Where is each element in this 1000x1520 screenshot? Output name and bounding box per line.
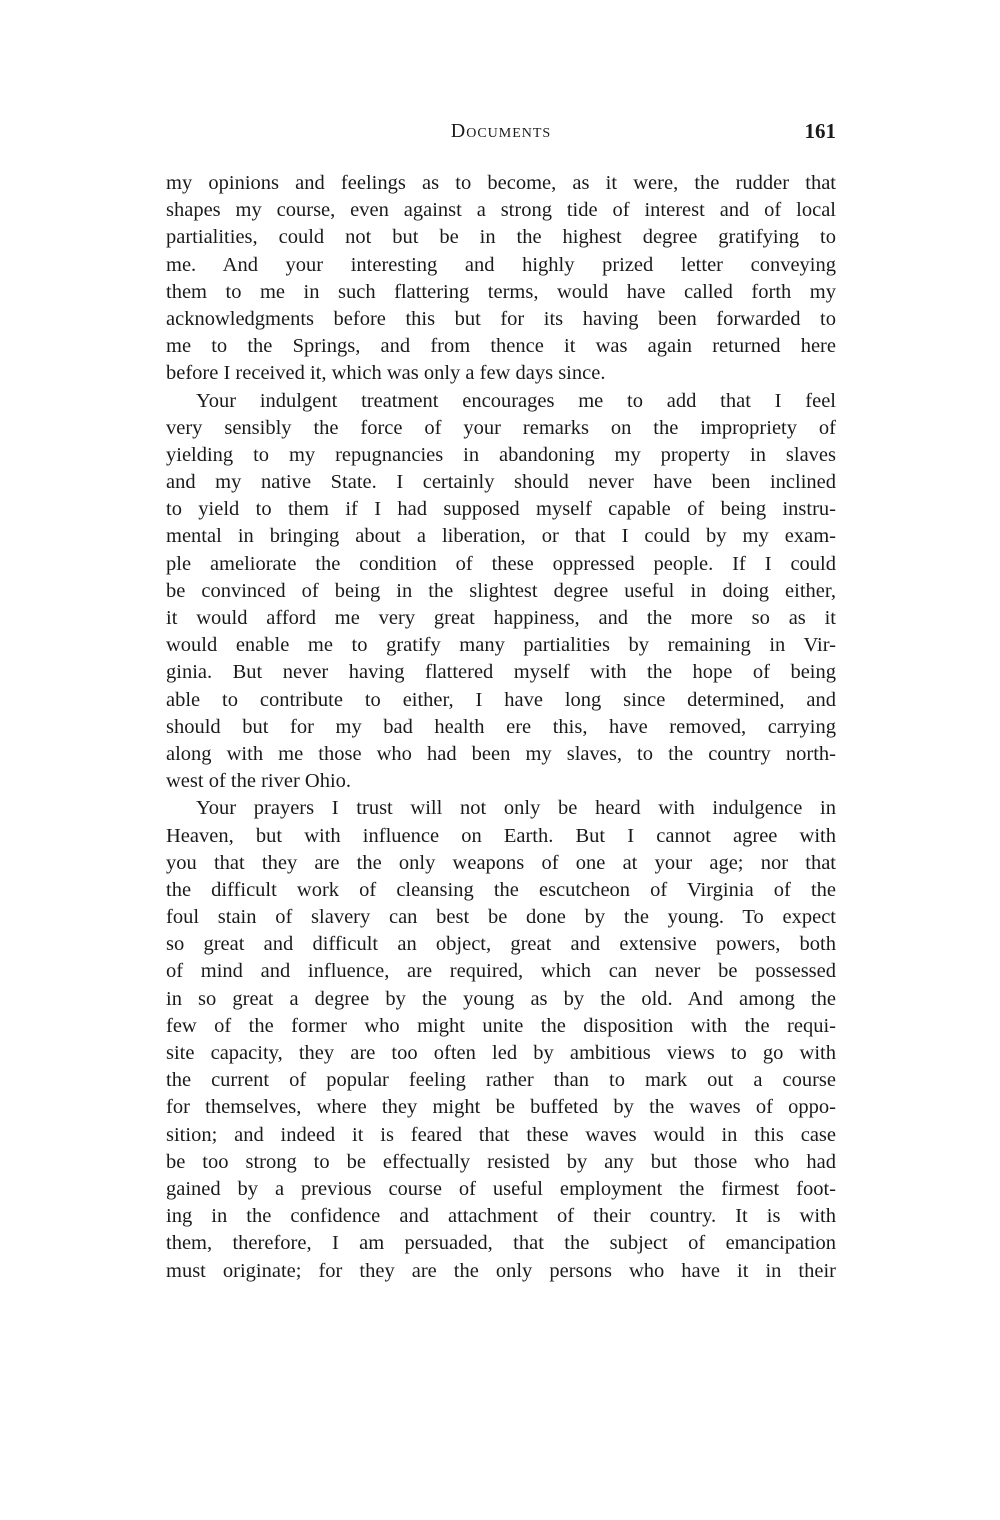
- text-line: for themselves, where they might be buff…: [166, 1094, 836, 1121]
- text-line: me to the Springs, and from thence it wa…: [166, 333, 836, 360]
- text-line: partialities, could not but be in the hi…: [166, 224, 836, 251]
- text-line: shapes my course, even against a strong …: [166, 197, 836, 224]
- text-line: west of the river Ohio.: [166, 768, 836, 795]
- text-line: sition; and indeed it is feared that the…: [166, 1122, 836, 1149]
- text-line: the current of popular feeling rather th…: [166, 1067, 836, 1094]
- text-line: gained by a previous course of useful em…: [166, 1176, 836, 1203]
- text-line: very sensibly the force of your remarks …: [166, 415, 836, 442]
- text-line: before I received it, which was only a f…: [166, 360, 836, 387]
- text-line: in so great a degree by the young as by …: [166, 986, 836, 1013]
- text-line: it would afford me very great happiness,…: [166, 605, 836, 632]
- text-line: be too strong to be effectually resisted…: [166, 1149, 836, 1176]
- text-line: acknowledgments before this but for its …: [166, 306, 836, 333]
- text-line: ginia. But never having flattered myself…: [166, 659, 836, 686]
- text-line: them, therefore, I am persuaded, that th…: [166, 1230, 836, 1257]
- text-line: must originate; for they are the only pe…: [166, 1258, 836, 1285]
- text-line: along with me those who had been my slav…: [166, 741, 836, 768]
- body-text: my opinions and feelings as to become, a…: [166, 170, 836, 1285]
- paragraph-first-line: Your indulgent treatment encourages me t…: [166, 388, 836, 415]
- text-line: so great and difficult an object, great …: [166, 931, 836, 958]
- running-head: Documents 161: [166, 118, 836, 144]
- text-line: mental in bringing about a liberation, o…: [166, 523, 836, 550]
- text-line: would enable me to gratify many partiali…: [166, 632, 836, 659]
- document-page: Documents 161 my opinions and feelings a…: [0, 0, 1000, 1520]
- text-line: the difficult work of cleansing the escu…: [166, 877, 836, 904]
- text-line: and my native State. I certainly should …: [166, 469, 836, 496]
- text-line: them to me in such flattering terms, wou…: [166, 279, 836, 306]
- text-line: my opinions and feelings as to become, a…: [166, 170, 836, 197]
- page-number: 161: [805, 118, 837, 144]
- text-line: of mind and influence, are required, whi…: [166, 958, 836, 985]
- text-line: few of the former who might unite the di…: [166, 1013, 836, 1040]
- text-line: ple ameliorate the condition of these op…: [166, 551, 836, 578]
- text-line: you that they are the only weapons of on…: [166, 850, 836, 877]
- running-title: Documents: [166, 118, 836, 144]
- text-line: foul stain of slavery can best be done b…: [166, 904, 836, 931]
- text-line: able to contribute to either, I have lon…: [166, 687, 836, 714]
- text-line: to yield to them if I had supposed mysel…: [166, 496, 836, 523]
- text-line: ing in the confidence and attachment of …: [166, 1203, 836, 1230]
- text-line: should but for my bad health ere this, h…: [166, 714, 836, 741]
- text-line: Heaven, but with influence on Earth. But…: [166, 823, 836, 850]
- text-line: site capacity, they are too often led by…: [166, 1040, 836, 1067]
- text-line: me. And your interesting and highly priz…: [166, 252, 836, 279]
- text-line: be convinced of being in the slightest d…: [166, 578, 836, 605]
- text-line: yielding to my repugnancies in abandonin…: [166, 442, 836, 469]
- paragraph-first-line: Your prayers I trust will not only be he…: [166, 795, 836, 822]
